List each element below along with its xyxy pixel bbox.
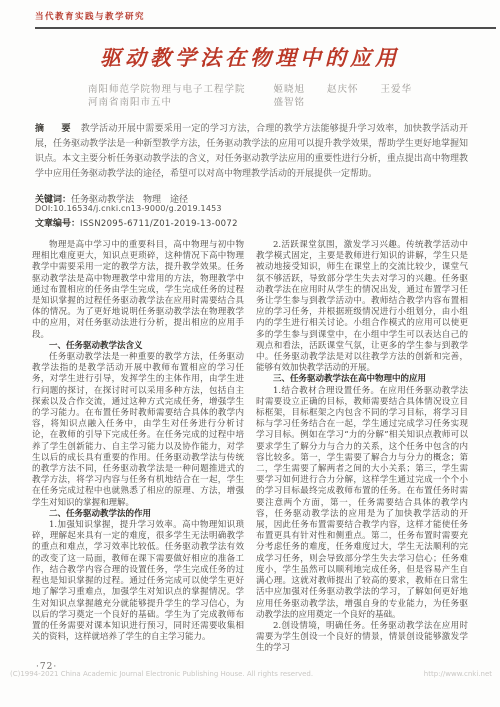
cnki-url: http://www.cnki.net xyxy=(424,670,492,678)
author-name-row-2: 盛智铭 xyxy=(273,96,412,109)
header-divider-rule xyxy=(35,27,496,29)
author-name: 姬晓旭 xyxy=(273,83,305,96)
authors-block: 南阳师范学院物理与电子工程学院 河南省南阳市五中 姬晓旭 赵庆怀 王爱华 盛智铭 xyxy=(0,83,500,109)
author-name: 赵庆怀 xyxy=(327,83,359,96)
copyright-text: (C)1994-2021 China Academic Journal Elec… xyxy=(10,670,313,678)
abstract-label: 摘 要 xyxy=(35,124,75,134)
body-paragraph: 物理是高中学习中的重要科目，高中物理与初中物理相比难度更大，知识点更琐碎，这种情… xyxy=(32,240,244,341)
author-name: 盛智铭 xyxy=(273,96,305,109)
body-paragraph: 任务驱动教学法是一种重要的教学方法，任务驱动教学法指的是教学活动开展中教师布置相… xyxy=(32,352,244,509)
body-two-columns: 物理是高中学习中的重要科目，高中物理与初中物理相比难度更大，知识点更琐碎，这种情… xyxy=(32,240,468,655)
article-number-label: 文章编号： xyxy=(35,219,80,229)
body-paragraph: 2.创设情境，明确任务。任务驱动教学法在应用时需要为学生创设一个良好的情景，情景… xyxy=(256,621,468,655)
affiliation-line-2: 河南省南阳市五中 xyxy=(88,96,246,109)
doi-line: DOI:10.16534/j.cnki.cn13-9000/g.2019.145… xyxy=(35,204,468,213)
column-left: 物理是高中学习中的重要科目，高中物理与初中物理相比难度更大，知识点更琐碎，这种情… xyxy=(32,240,244,655)
author-affiliations: 南阳师范学院物理与电子工程学院 河南省南阳市五中 xyxy=(88,83,246,109)
author-name-row-1: 姬晓旭 赵庆怀 王爱华 xyxy=(273,83,412,96)
journal-name-header: 当代教育实践与教学研究 xyxy=(35,10,145,22)
section-heading-3: 三、任务驱动教学法在高中物理中的应用 xyxy=(256,374,468,385)
body-paragraph: 1.加强知识掌握，提升学习效率。高中物理知识琐碎，理解起来具有一定的难度，很多学… xyxy=(32,520,244,643)
abstract-text: 教学活动开展中需要采用一定的学习方法，合理的教学方法能够提升学习效率，加快教学活… xyxy=(35,124,468,179)
author-names: 姬晓旭 赵庆怀 王爱华 盛智铭 xyxy=(273,83,412,109)
author-name: 王爱华 xyxy=(381,83,413,96)
affiliation-line-1: 南阳师范学院物理与电子工程学院 xyxy=(88,83,246,96)
body-paragraph: 1.结合教材合理设置任务。在应用任务驱动教学法时需要设立正确的目标，教师需要结合… xyxy=(256,386,468,621)
scanned-paper-page: 当代教育实践与教学研究 驱动教学法在物理中的应用 南阳师范学院物理与电子工程学院… xyxy=(0,0,500,707)
footer-copyright-row: (C)1994-2021 China Academic Journal Elec… xyxy=(10,670,492,678)
article-number-value: ISSN2095-6711/Z01-2019-13-0072 xyxy=(80,219,238,229)
section-heading-2: 二、任务驱动教学法的作用 xyxy=(32,509,244,520)
body-paragraph: 2.活跃课堂氛围，激发学习兴趣。传统教学活动中教学模式固定，主要是教师进行知识的… xyxy=(256,240,468,374)
abstract-block: 摘 要教学活动开展中需要采用一定的学习方法，合理的教学方法能够提升学习效率，加快… xyxy=(35,122,468,182)
article-number-line: 文章编号：ISSN2095-6711/Z01-2019-13-0072 xyxy=(35,216,468,229)
article-title: 驱动教学法在物理中的应用 xyxy=(0,42,500,72)
section-heading-1: 一、任务驱动教学法含义 xyxy=(32,341,244,352)
column-right: 2.活跃课堂氛围，激发学习兴趣。传统教学活动中教学模式固定，主要是教师进行知识的… xyxy=(256,240,468,655)
